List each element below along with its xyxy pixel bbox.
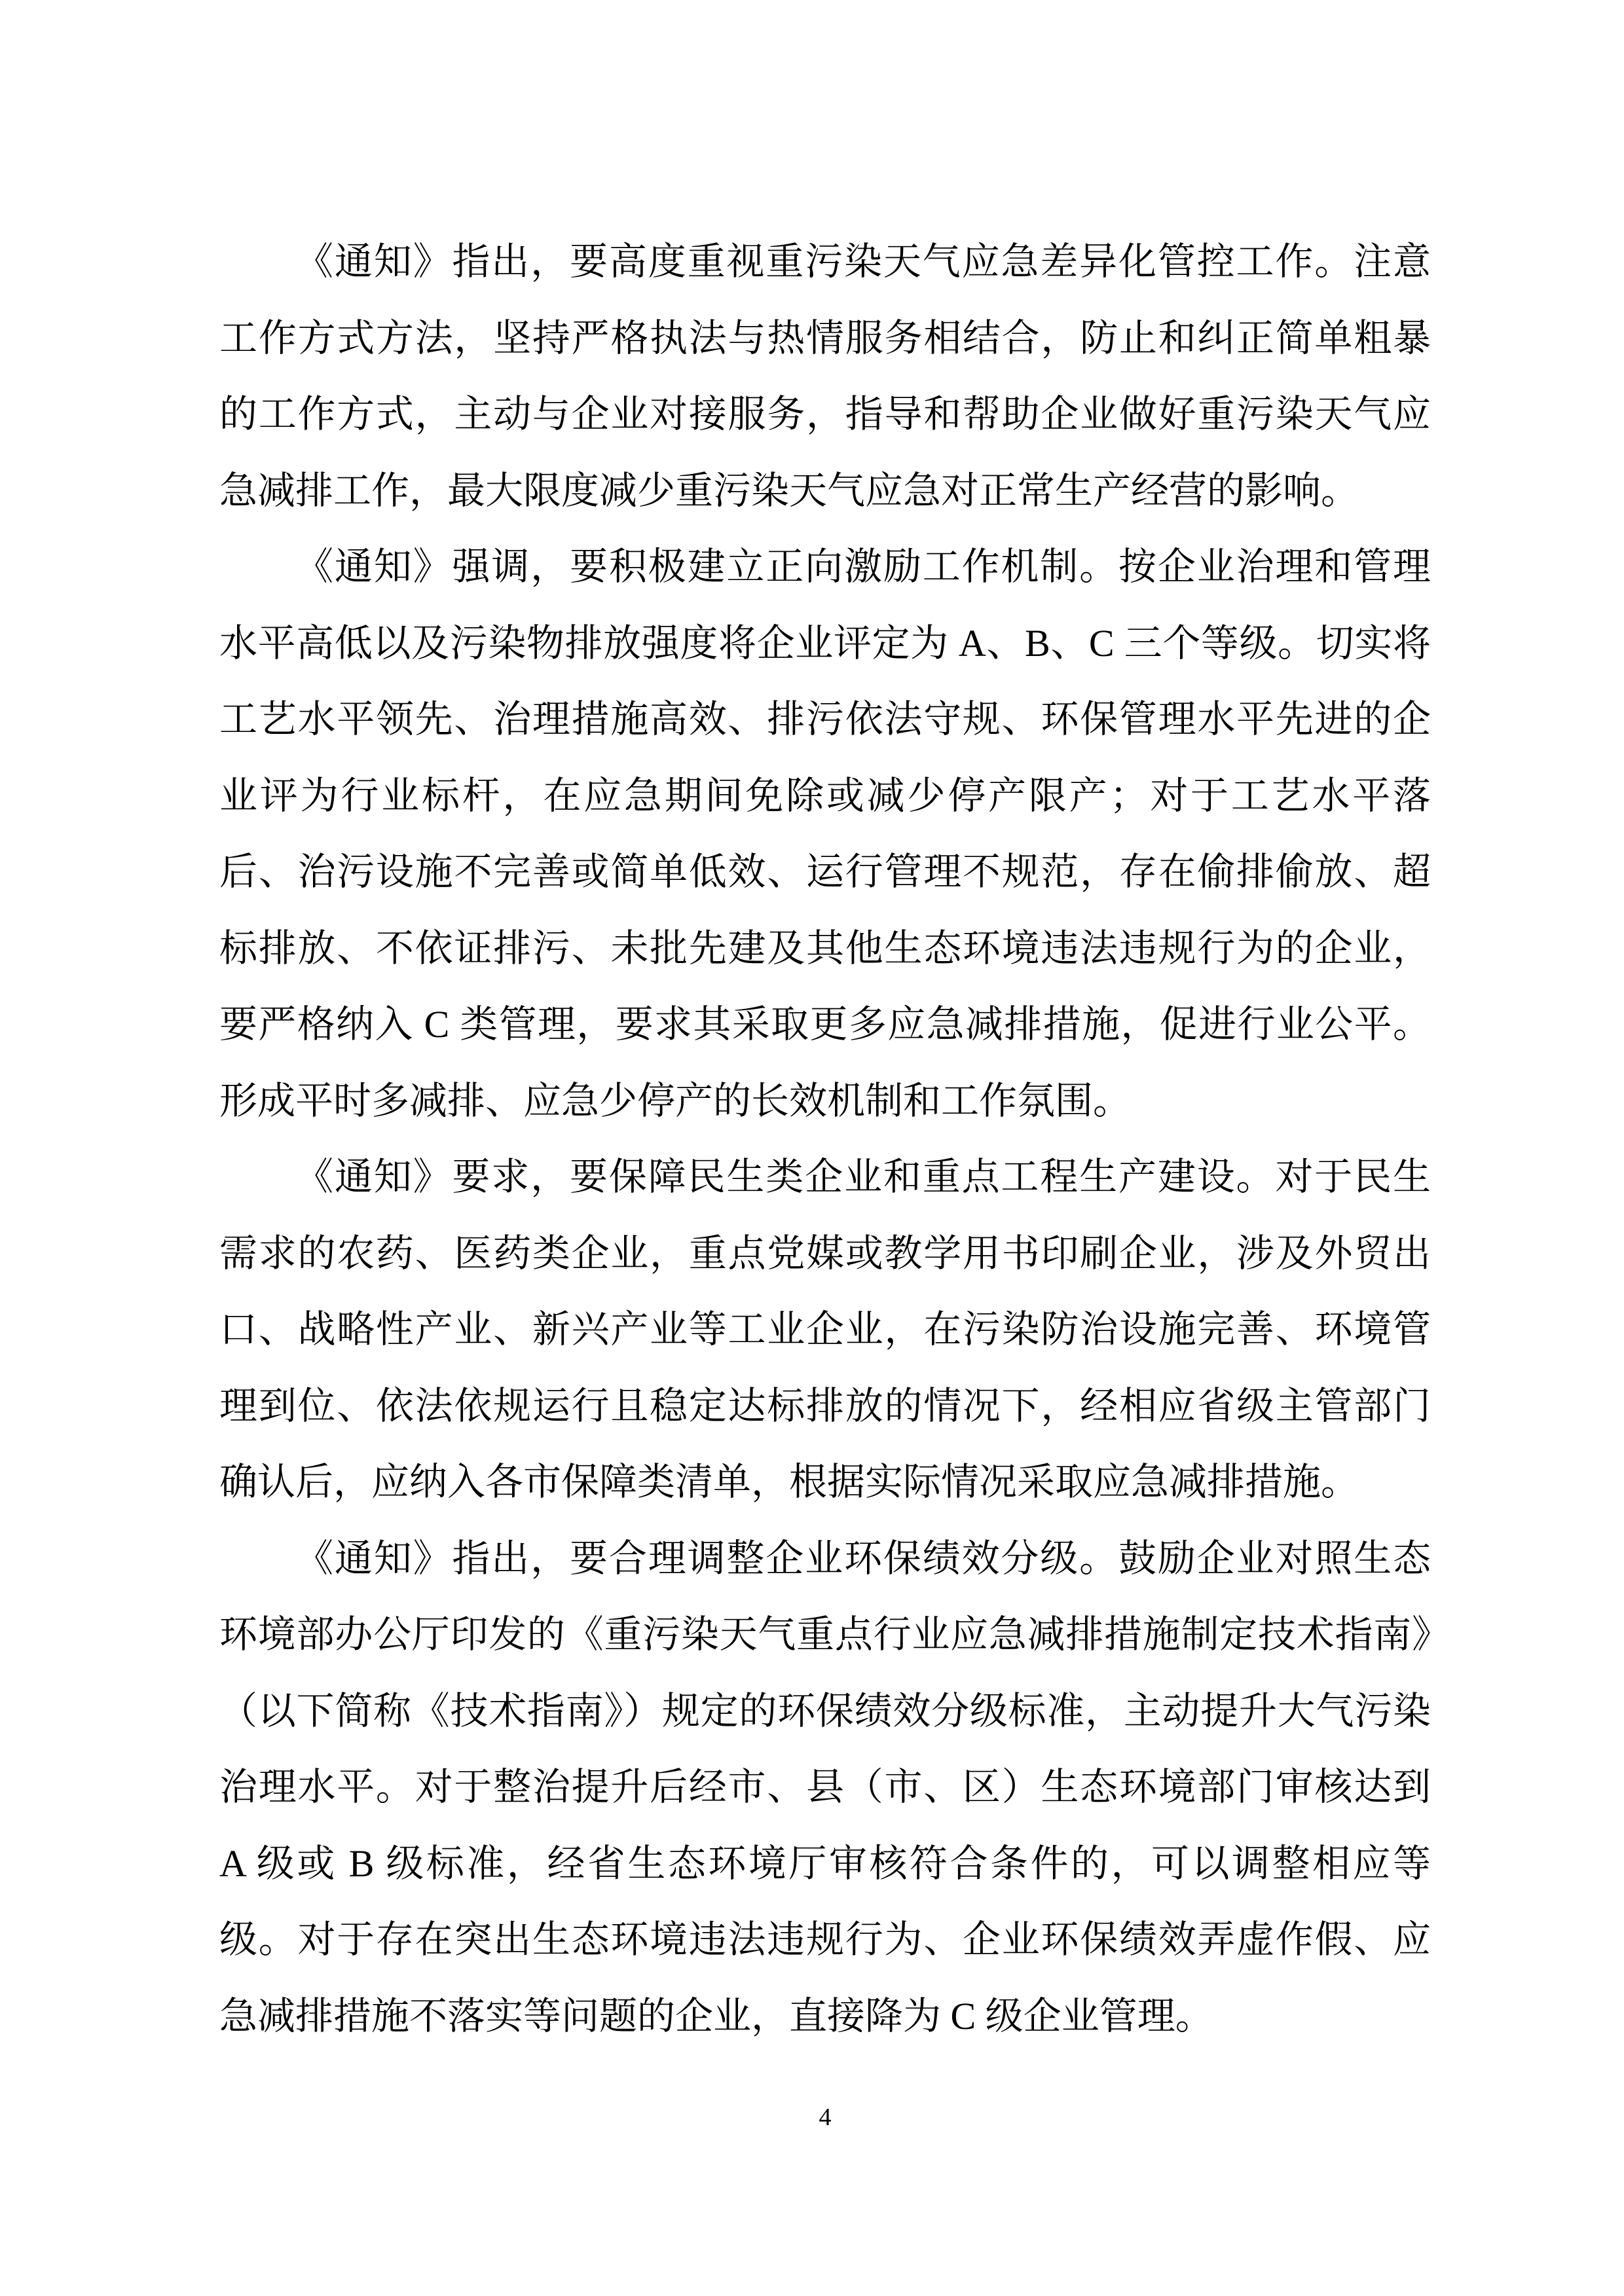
paragraph-3: 《通知》要求，要保障民生类企业和重点工程生产建设。对于民生需求的农药、医药类企业… <box>219 1139 1431 1521</box>
paragraph-2: 《通知》强调，要积极建立正向激励工作机制。按企业治理和管理水平高低以及污染物排放… <box>219 529 1431 1139</box>
page-footer: 4 <box>219 2103 1431 2132</box>
page-number: 4 <box>819 2104 832 2131</box>
paragraph-1: 《通知》指出，要高度重视重污染天气应急差异化管控工作。注意工作方式方法，坚持严格… <box>219 224 1431 529</box>
document-page: 《通知》指出，要高度重视重污染天气应急差异化管控工作。注意工作方式方法，坚持严格… <box>0 0 1624 2296</box>
document-body: 《通知》指出，要高度重视重污染天气应急差异化管控工作。注意工作方式方法，坚持严格… <box>219 224 1431 2054</box>
paragraph-4: 《通知》指出，要合理调整企业环保绩效分级。鼓励企业对照生态环境部办公厅印发的《重… <box>219 1521 1431 2055</box>
